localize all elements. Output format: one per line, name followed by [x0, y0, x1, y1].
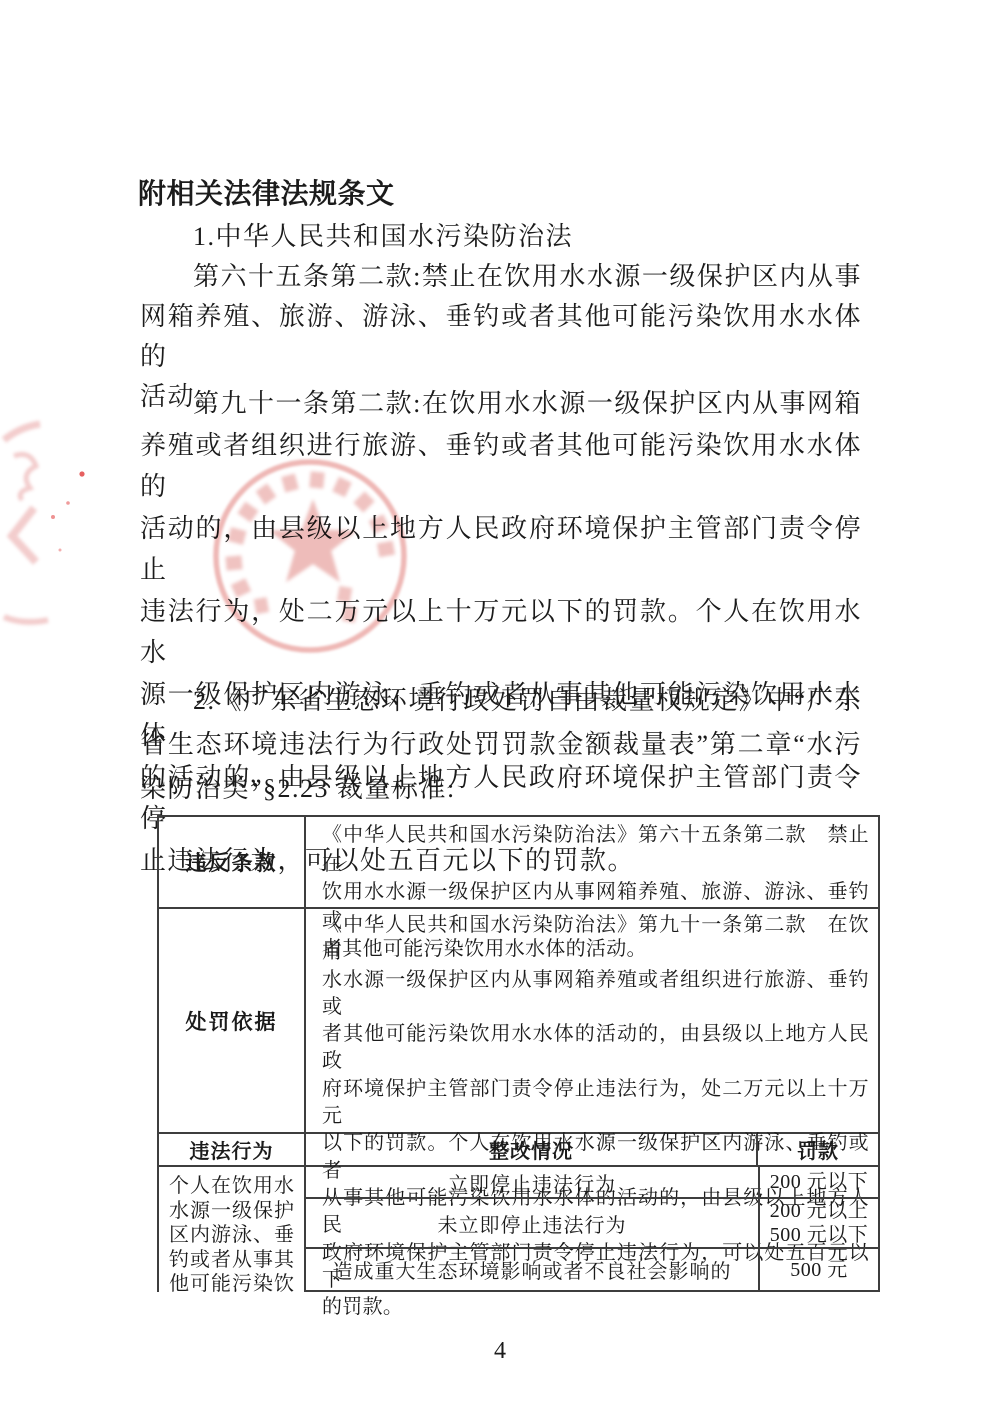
ink-speckle	[66, 501, 70, 505]
table-cell-line: 区内游泳、垂	[169, 1223, 294, 1248]
column-header-behavior: 违法行为	[159, 1134, 306, 1165]
page-number: 4	[0, 1338, 1000, 1365]
paragraph-guangdong-regulation: 2.《广东省生态环境行政处罚自由裁量权规定》中“广东 省生态环境违法行为行政处罚…	[140, 679, 862, 811]
fine-cell: 200 元以上 500 元以下	[758, 1199, 878, 1247]
rectification-cell: 未立即停止违法行为	[306, 1199, 758, 1247]
table-row-violation-clause: 违反条款 《中华人民共和国水污染防治法》第六十五条第二款 禁止在 饮用水水源一级…	[159, 817, 878, 907]
document-page: 附相关法律法规条文 1.中华人民共和国水污染防治法 第六十五条第二款:禁止在饮用…	[0, 0, 1000, 1414]
body-line: 染防治类”§2.23 裁量标准:	[140, 767, 862, 811]
table-row: 立即停止违法行为 200 元以下	[306, 1167, 878, 1197]
table-row-behavior-group: 个人在饮用水 水源一级保护 区内游泳、垂 钓或者从事其 他可能污染饮 立即停止违…	[159, 1165, 878, 1292]
table-row: 造成重大生态环境影响或者不良社会影响的 500 元	[306, 1247, 878, 1292]
table-row: 未立即停止违法行为 200 元以上 500 元以下	[306, 1197, 878, 1247]
violation-clause-label: 违反条款	[159, 817, 306, 907]
table-cell-line: 水源一级保护	[169, 1199, 294, 1224]
body-line: 1.中华人民共和国水污染防治法	[140, 217, 862, 257]
body-line: 活动的，由县级以上地方人民政府环境保护主管部门责令停止	[140, 508, 862, 591]
body-line: 网箱养殖、旅游、游泳、垂钓或者其他可能污染饮用水水体的	[140, 297, 862, 377]
table-cell-line: 他可能污染饮	[169, 1272, 294, 1297]
penalty-basis-label: 处罚依据	[159, 909, 306, 1132]
penalty-basis-content: 《中华人民共和国水污染防治法》第九十一条第二款 在饮用 水水源一级保护区内从事网…	[306, 909, 878, 1132]
penalty-discretion-table: 违反条款 《中华人民共和国水污染防治法》第六十五条第二款 禁止在 饮用水水源一级…	[157, 815, 880, 1292]
fine-value: 500 元	[790, 1258, 848, 1282]
fine-value: 200 元以上	[770, 1199, 869, 1223]
table-cell-line: 钓或者从事其	[169, 1248, 294, 1273]
table-row-penalty-basis: 处罚依据 《中华人民共和国水污染防治法》第九十一条第二款 在饮用 水水源一级保护…	[159, 907, 878, 1132]
fine-value: 500 元以下	[770, 1223, 869, 1247]
table-cell-line: 水水源一级保护区内从事网箱养殖或者组织进行旅游、垂钓或	[322, 967, 869, 1022]
body-line: 养殖或者组织进行旅游、垂钓或者其他可能污染饮用水水体的	[140, 425, 862, 508]
fine-cell: 500 元	[758, 1249, 878, 1290]
column-header-rectification: 整改情况	[306, 1134, 758, 1165]
body-line: 第九十一条第二款:在饮用水水源一级保护区内从事网箱	[140, 383, 862, 425]
table-cell-line: 府环境保护主管部门责令停止违法行为，处二万元以上十万元	[322, 1076, 869, 1131]
body-line: 第六十五条第二款:禁止在饮用水水源一级保护区内从事	[140, 257, 862, 297]
table-cell-line: 《中华人民共和国水污染防治法》第六十五条第二款 禁止在	[322, 821, 869, 878]
ink-speckle	[59, 549, 62, 552]
body-line: 违法行为，处二万元以上十万元以下的罚款。个人在饮用水水	[140, 591, 862, 674]
violation-clause-content: 《中华人民共和国水污染防治法》第六十五条第二款 禁止在 饮用水水源一级保护区内从…	[306, 817, 878, 907]
table-cell-line: 《中华人民共和国水污染防治法》第九十一条第二款 在饮用	[322, 912, 869, 967]
table-cell-line: 者其他可能污染饮用水水体的活动的，由县级以上地方人民政	[322, 1021, 869, 1076]
table-cell-line: 个人在饮用水	[169, 1174, 294, 1199]
body-line: 省生态环境违法行为行政处罚罚款金额裁量表”第二章“水污	[140, 723, 862, 767]
partial-seal-stamp	[0, 408, 110, 648]
rectification-cell: 造成重大生态环境影响或者不良社会影响的	[306, 1249, 758, 1290]
behavior-description-cell: 个人在饮用水 水源一级保护 区内游泳、垂 钓或者从事其 他可能污染饮	[159, 1167, 306, 1292]
rectification-subrows: 立即停止违法行为 200 元以下 未立即停止违法行为 200 元以上 500 元…	[306, 1167, 878, 1292]
column-header-fine: 罚款	[758, 1134, 878, 1165]
rectification-cell: 立即停止违法行为	[306, 1167, 758, 1197]
page-title: 附相关法律法规条文	[138, 172, 395, 212]
fine-value: 200 元以下	[770, 1170, 869, 1194]
ink-speckle	[51, 515, 55, 519]
table-cell-line: 的罚款。	[322, 1294, 869, 1321]
table-header-row: 违法行为 整改情况 罚款	[159, 1132, 878, 1165]
ink-speckle	[79, 471, 84, 476]
body-line: 2.《广东省生态环境行政处罚自由裁量权规定》中“广东	[140, 679, 862, 723]
fine-cell: 200 元以下	[758, 1167, 878, 1197]
